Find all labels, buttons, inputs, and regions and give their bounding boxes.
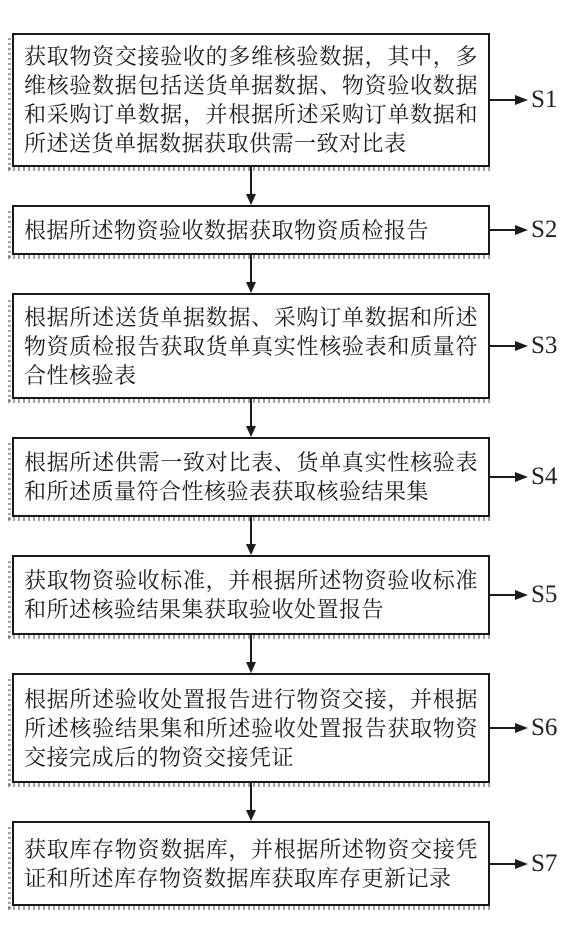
leader-line: [490, 863, 515, 865]
flow-step-1: 获取物资交接验收的多维核验数据，其中，多维核验数据包括送货单据数据、物资验收数据…: [12, 33, 490, 167]
arrow-right-icon: [515, 723, 528, 733]
arrow-down-icon: [246, 426, 256, 437]
flow-connector: [12, 783, 490, 821]
step-text: 获取库存物资数据库，并根据所述物资交接凭证和所述库存物资数据库获取库存更新记录: [24, 835, 478, 893]
step-leader: S6: [490, 714, 557, 742]
step-leader: S4: [490, 463, 557, 491]
arrow-right-icon: [515, 590, 528, 600]
step-label: S3: [531, 332, 557, 360]
flow-connector: [12, 635, 490, 673]
leader-line: [490, 727, 515, 729]
arrow-right-icon: [515, 472, 528, 482]
step-label: S1: [531, 86, 557, 114]
step-text: 根据所述送货单据数据、采购订单数据和所述物资质检报告获取货单真实性核验表和质量符…: [24, 303, 478, 390]
leader-line: [490, 99, 515, 101]
flow-step-5: 获取物资验收标准，并根据所述物资验收标准和所述核验结果集获取验收处置报告 S5: [12, 555, 490, 635]
flow-step-3: 根据所述送货单据数据、采购订单数据和所述物资质检报告获取货单真实性核验表和质量符…: [12, 293, 490, 399]
flow-connector: [12, 517, 490, 555]
arrow-right-icon: [515, 859, 528, 869]
step-text: 获取物资验收标准，并根据所述物资验收标准和所述核验结果集获取验收处置报告: [24, 566, 478, 624]
arrow-down-icon: [246, 662, 256, 673]
arrow-down-icon: [246, 544, 256, 555]
step-label: S7: [531, 850, 557, 878]
step-text: 获取物资交接验收的多维核验数据，其中，多维核验数据包括送货单据数据、物资验收数据…: [24, 42, 478, 158]
step-leader: S5: [490, 581, 557, 609]
step-leader: S2: [490, 216, 557, 244]
flow-step-7: 获取库存物资数据库，并根据所述物资交接凭证和所述库存物资数据库获取库存更新记录 …: [12, 821, 490, 906]
connector-line: [250, 783, 252, 811]
step-text: 根据所述供需一致对比表、货单真实性核验表和所述质量符合性核验表获取核验结果集: [24, 448, 478, 506]
arrow-right-icon: [515, 225, 528, 235]
flow-step-6: 根据所述验收处置报告进行物资交接，并根据所述核验结果集和所述验收处置报告获取物资…: [12, 673, 490, 783]
arrow-right-icon: [515, 95, 528, 105]
step-text: 根据所述验收处置报告进行物资交接，并根据所述核验结果集和所述验收处置报告获取物资…: [24, 685, 478, 772]
step-text: 根据所述物资验收数据获取物资质检报告: [24, 216, 429, 245]
step-label: S2: [531, 216, 557, 244]
step-label: S4: [531, 463, 557, 491]
leader-line: [490, 476, 515, 478]
step-box: 根据所述送货单据数据、采购订单数据和所述物资质检报告获取货单真实性核验表和质量符…: [12, 293, 490, 399]
connector-line: [250, 635, 252, 663]
leader-line: [490, 345, 515, 347]
leader-line: [490, 229, 515, 231]
step-box: 获取物资验收标准，并根据所述物资验收标准和所述核验结果集获取验收处置报告: [12, 555, 490, 635]
flow-step-4: 根据所述供需一致对比表、货单真实性核验表和所述质量符合性核验表获取核验结果集 S…: [12, 437, 490, 517]
connector-line: [250, 167, 252, 195]
step-box: 获取物资交接验收的多维核验数据，其中，多维核验数据包括送货单据数据、物资验收数据…: [12, 33, 490, 167]
step-label: S5: [531, 581, 557, 609]
step-box: 根据所述供需一致对比表、货单真实性核验表和所述质量符合性核验表获取核验结果集: [12, 437, 490, 517]
leader-line: [490, 594, 515, 596]
step-leader: S3: [490, 332, 557, 360]
connector-line: [250, 255, 252, 283]
connector-line: [250, 517, 252, 545]
step-label: S6: [531, 714, 557, 742]
arrow-right-icon: [515, 341, 528, 351]
patent-flowchart: 获取物资交接验收的多维核验数据，其中，多维核验数据包括送货单据数据、物资验收数据…: [12, 33, 490, 906]
arrow-down-icon: [246, 810, 256, 821]
step-box: 根据所述物资验收数据获取物资质检报告: [12, 205, 490, 255]
flow-connector: [12, 255, 490, 293]
arrow-down-icon: [246, 194, 256, 205]
step-leader: S1: [490, 86, 557, 114]
step-box: 获取库存物资数据库，并根据所述物资交接凭证和所述库存物资数据库获取库存更新记录: [12, 821, 490, 906]
flow-connector: [12, 167, 490, 205]
connector-line: [250, 399, 252, 427]
flow-connector: [12, 399, 490, 437]
flow-step-2: 根据所述物资验收数据获取物资质检报告 S2: [12, 205, 490, 255]
arrow-down-icon: [246, 282, 256, 293]
step-leader: S7: [490, 850, 557, 878]
step-box: 根据所述验收处置报告进行物资交接，并根据所述核验结果集和所述验收处置报告获取物资…: [12, 673, 490, 783]
